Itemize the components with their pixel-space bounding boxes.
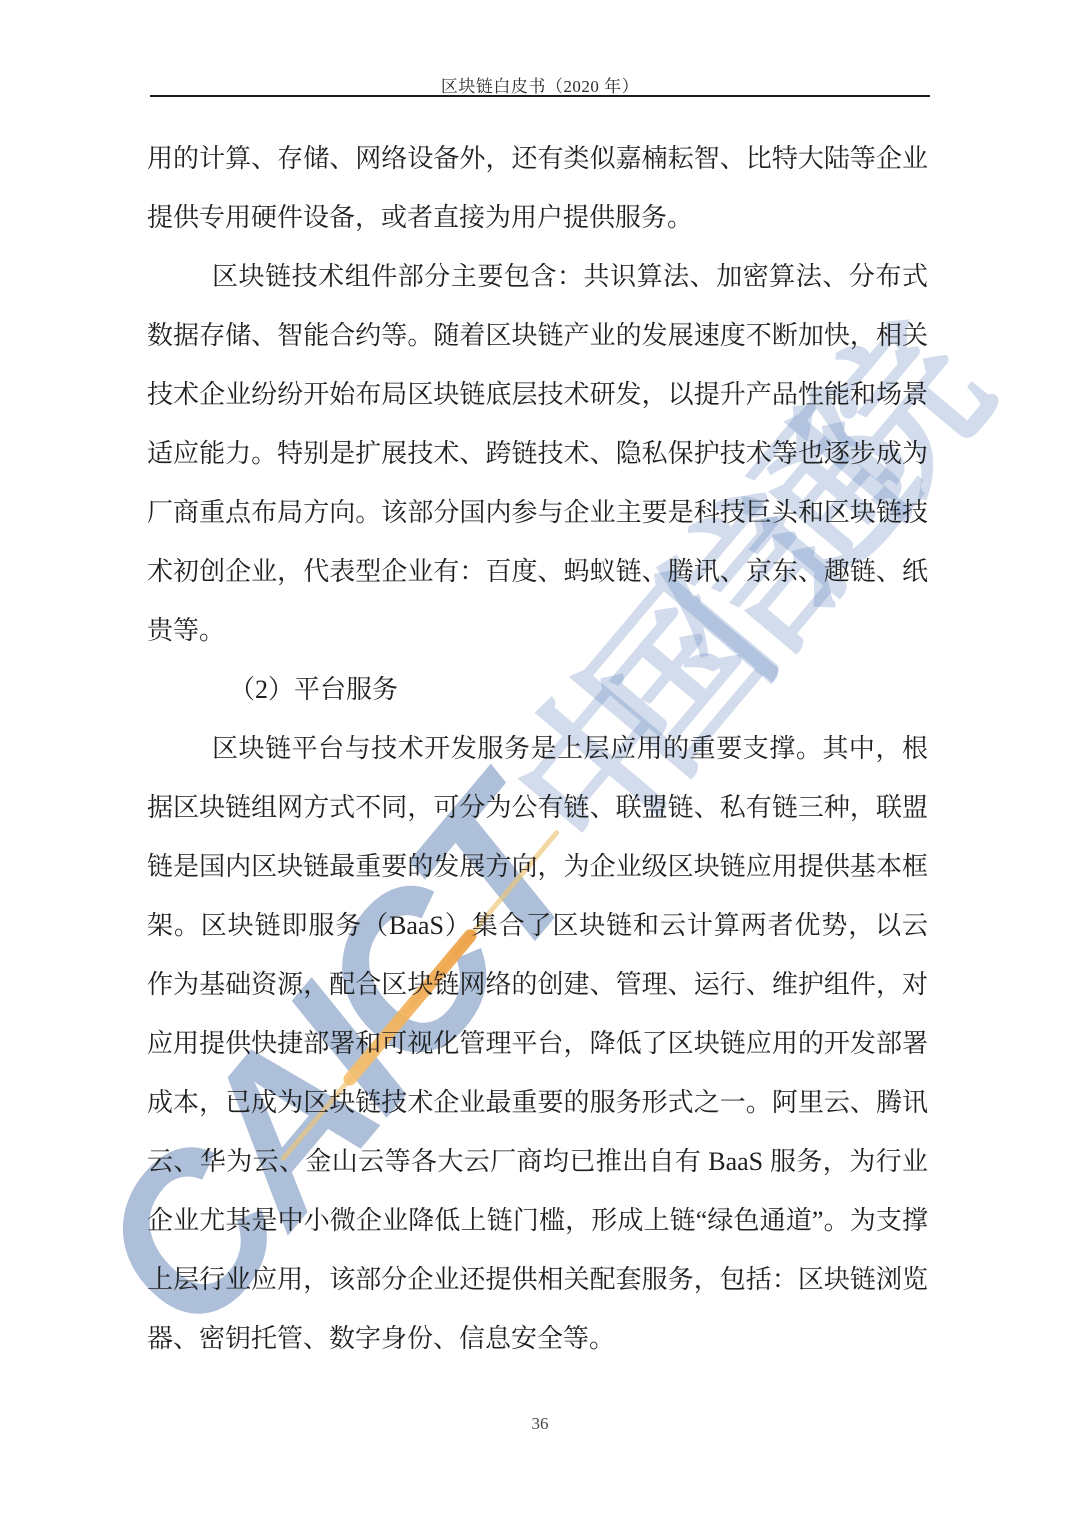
page-body: 用的计算、存储、网络设备外，还有类似嘉楠耘智、比特大陆等企业提供专用硬件设备，或…: [147, 129, 928, 1368]
body-paragraph-platform-services: 区块链平台与技术开发服务是上层应用的重要支撑。其中，根据区块链组网方式不同，可分…: [147, 719, 928, 1368]
running-header-title: 区块链白皮书（2020 年）: [0, 72, 1080, 97]
page-number: 36: [0, 1414, 1080, 1434]
body-paragraph-tech-components: 区块链技术组件部分主要包含：共识算法、加密算法、分布式数据存储、智能合约等。随着…: [147, 247, 928, 660]
document-page: CAICT 中国信通院 区块链白皮书（2020 年） 用的计算、存储、网络设备外…: [0, 0, 1080, 1528]
body-paragraph-continuation: 用的计算、存储、网络设备外，还有类似嘉楠耘智、比特大陆等企业提供专用硬件设备，或…: [147, 129, 928, 247]
header-rule: [150, 95, 930, 97]
section-heading-platform-services: （2）平台服务: [147, 660, 928, 719]
